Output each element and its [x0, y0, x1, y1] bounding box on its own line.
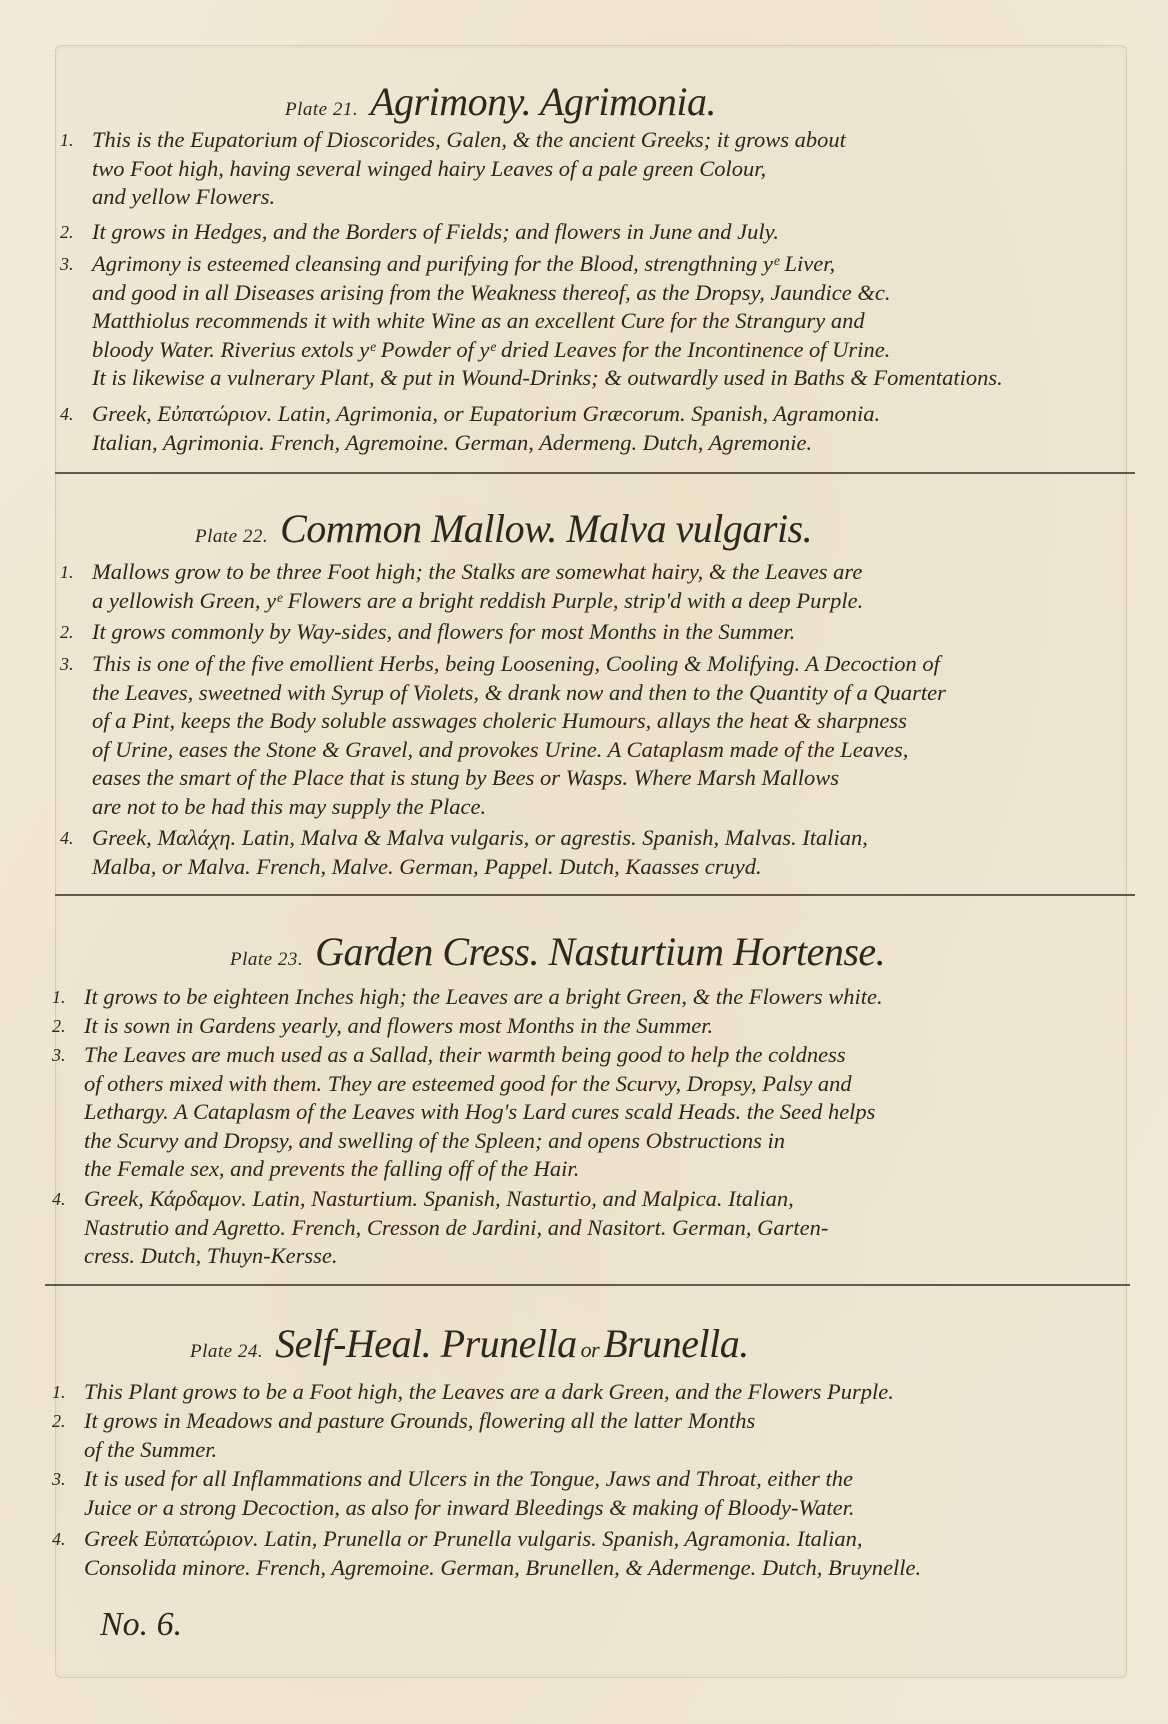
entry-line: This is one of the five emollient Herbs,… [60, 650, 1140, 679]
plate-number: Plate 21. [285, 99, 358, 120]
entry-line: Mallows grow to be three Foot high; the … [60, 558, 1140, 587]
entry-number: 1. [60, 558, 84, 587]
entry-number: 1. [52, 983, 76, 1012]
entry-2: 2. It grows in Hedges, and the Borders o… [60, 218, 1140, 247]
entry-1: 1. Mallows grow to be three Foot high; t… [60, 558, 1140, 615]
entry-line: It grows to be eighteen Inches high; the… [52, 983, 1132, 1012]
entry-line: Malba, or Malva. French, Malve. German, … [60, 853, 1140, 882]
entry-2: 2. It grows commonly by Way-sides, and f… [60, 618, 1140, 647]
entry-line: Greek, Εὐπατώριον. Latin, Agrimonia, or … [60, 400, 1140, 429]
entry-3: 3. It is used for all Inflammations and … [52, 1465, 1132, 1522]
section-divider [55, 894, 1135, 896]
entry-4: 4. Greek, Μαλάχη. Latin, Malva & Malva v… [60, 824, 1140, 881]
plate-title: Garden Cress. Nasturtium Hortense. [315, 929, 885, 974]
plate-heading: Plate 22. Common Mallow. Malva vulgaris. [195, 505, 812, 552]
entry-line: a yellowish Green, yᵉ Flowers are a brig… [60, 587, 1140, 616]
plate-title: Self-Heal. PrunellaorBrunella. [275, 1321, 749, 1366]
entry-number: 1. [60, 126, 84, 155]
entry-line: of others mixed with them. They are este… [52, 1070, 1132, 1099]
entry-line: Greek, Μαλάχη. Latin, Malva & Malva vulg… [60, 824, 1140, 853]
plate-number: Plate 22. [195, 526, 268, 547]
entry-line: The Leaves are much used as a Sallad, th… [52, 1041, 1132, 1070]
section-divider [45, 1284, 1130, 1286]
entry-line: Lethargy. A Cataplasm of the Leaves with… [52, 1098, 1132, 1127]
entry-line: Greek Εὐπατώριον. Latin, Prunella or Pru… [52, 1525, 1132, 1554]
plate-number: Plate 24. [190, 1341, 263, 1362]
entry-line: This Plant grows to be a Foot high, the … [52, 1378, 1132, 1407]
entry-line: This is the Eupatorium of Dioscorides, G… [60, 126, 1140, 155]
entry-number: 3. [52, 1041, 76, 1070]
entry-number: 1. [52, 1378, 76, 1407]
entry-line: the Leaves, sweetned with Syrup of Viole… [60, 679, 1140, 708]
entry-number: 4. [52, 1185, 76, 1214]
entry-number: 4. [60, 824, 84, 853]
entry-line: are not to be had this may supply the Pl… [60, 793, 1140, 822]
entry-line: of a Pint, keeps the Body soluble asswag… [60, 707, 1140, 736]
plate-title-or: or [581, 1337, 600, 1362]
plate-title: Common Mallow. Malva vulgaris. [280, 506, 812, 551]
entry-line: and yellow Flowers. [60, 183, 1140, 212]
entry-line: Greek, Κάρδαμον. Latin, Nasturtium. Span… [52, 1185, 1132, 1214]
entry-line: and good in all Diseases arising from th… [60, 279, 1140, 308]
entry-1: 1. This Plant grows to be a Foot high, t… [52, 1378, 1132, 1407]
entry-4: 4. Greek Εὐπατώριον. Latin, Prunella or … [52, 1525, 1132, 1582]
plate-number: Plate 23. [230, 949, 303, 970]
entry-4: 4. Greek, Κάρδαμον. Latin, Nasturtium. S… [52, 1185, 1132, 1271]
entry-3: 3. The Leaves are much used as a Sallad,… [52, 1041, 1132, 1184]
plate-heading: Plate 21. Agrimony. Agrimonia. [285, 78, 716, 125]
entry-line: of Urine, eases the Stone & Gravel, and … [60, 736, 1140, 765]
entry-4: 4. Greek, Εὐπατώριον. Latin, Agrimonia, … [60, 400, 1140, 457]
plate-heading: Plate 24. Self-Heal. PrunellaorBrunella. [190, 1320, 749, 1367]
entry-1: 1. It grows to be eighteen Inches high; … [52, 983, 1132, 1012]
entry-line: Matthiolus recommends it with white Wine… [60, 307, 1140, 336]
entry-line: cress. Dutch, Thuyn-Kersse. [52, 1242, 1132, 1271]
entry-3: 3. This is one of the five emollient Her… [60, 650, 1140, 822]
entry-number: 2. [60, 218, 84, 247]
entry-2: 2. It is sown in Gardens yearly, and flo… [52, 1012, 1132, 1041]
entry-line: the Female sex, and prevents the falling… [52, 1155, 1132, 1184]
entry-number: 4. [52, 1525, 76, 1554]
entry-line: Agrimony is esteemed cleansing and purif… [60, 250, 1140, 279]
entry-line: of the Summer. [52, 1436, 1132, 1465]
entry-line: It is likewise a vulnerary Plant, & put … [60, 364, 1140, 393]
entry-number: 3. [52, 1465, 76, 1494]
entry-number: 2. [60, 618, 84, 647]
entry-line: two Foot high, having several winged hai… [60, 155, 1140, 184]
entry-1: 1. This is the Eupatorium of Dioscorides… [60, 126, 1140, 212]
page-number-footer: No. 6. [100, 1606, 182, 1644]
entry-number: 2. [52, 1012, 76, 1041]
entry-number: 3. [60, 650, 84, 679]
plate-title: Agrimony. Agrimonia. [370, 79, 716, 124]
plate-title-main: Self-Heal. Prunella [275, 1321, 577, 1366]
entry-line: It grows commonly by Way-sides, and flow… [60, 618, 1140, 647]
entry-line: eases the smart of the Place that is stu… [60, 764, 1140, 793]
entry-line: bloody Water. Riverius extols yᵉ Powder … [60, 336, 1140, 365]
entry-line: It is sown in Gardens yearly, and flower… [52, 1012, 1132, 1041]
section-divider [55, 472, 1135, 474]
plate-heading: Plate 23. Garden Cress. Nasturtium Horte… [230, 928, 885, 975]
entry-line: Consolida minore. French, Agremoine. Ger… [52, 1554, 1132, 1583]
entry-line: Italian, Agrimonia. French, Agremoine. G… [60, 429, 1140, 458]
entry-3: 3. Agrimony is esteemed cleansing and pu… [60, 250, 1140, 393]
entry-number: 3. [60, 250, 84, 279]
entry-line: the Scurvy and Dropsy, and swelling of t… [52, 1127, 1132, 1156]
entry-number: 2. [52, 1407, 76, 1436]
entry-line: It grows in Meadows and pasture Grounds,… [52, 1407, 1132, 1436]
entry-line: Nastrutio and Agretto. French, Cresson d… [52, 1214, 1132, 1243]
entry-line: It grows in Hedges, and the Borders of F… [60, 218, 1140, 247]
plate-title-alt: Brunella. [603, 1321, 748, 1366]
entry-number: 4. [60, 400, 84, 429]
entry-2: 2. It grows in Meadows and pasture Groun… [52, 1407, 1132, 1464]
entry-line: Juice or a strong Decoction, as also for… [52, 1494, 1132, 1523]
entry-line: It is used for all Inflammations and Ulc… [52, 1465, 1132, 1494]
